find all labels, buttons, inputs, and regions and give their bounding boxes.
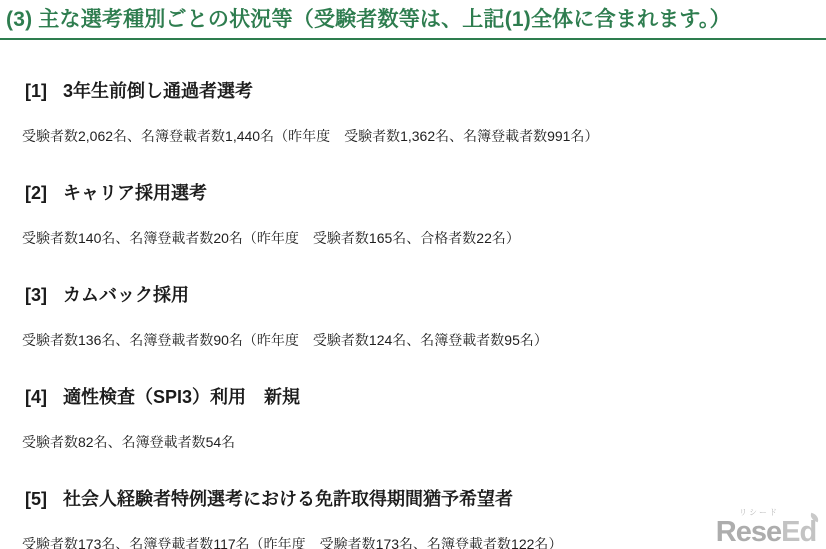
section-1-title-text: 3年生前倒し通過者選考 [63, 81, 253, 101]
section-5-title: [5]社会人経験者特例選考における免許取得期間猶予希望者 [25, 488, 801, 511]
section-5: [5]社会人経験者特例選考における免許取得期間猶予希望者 受験者数173名、名簿… [25, 488, 801, 549]
section-1-detail: 受験者数2,062名、名簿登載者数1,440名（昨年度 受験者数1,362名、名… [22, 127, 801, 146]
section-3: [3]カムバック採用 受験者数136名、名簿登載者数90名（昨年度 受験者数12… [25, 284, 801, 350]
section-1-index: [1] [25, 81, 47, 101]
content: [1]3年生前倒し通過者選考 受験者数2,062名、名簿登載者数1,440名（昨… [0, 80, 826, 549]
reseed-logo-ed: Ed [781, 516, 816, 548]
section-4-detail: 受験者数82名、名簿登載者数54名 [22, 433, 801, 452]
section-5-title-text: 社会人経験者特例選考における免許取得期間猶予希望者 [63, 489, 513, 509]
section-3-index: [3] [25, 285, 47, 305]
section-4: [4]適性検査（SPI3）利用 新規 受験者数82名、名簿登載者数54名 [25, 386, 801, 452]
reseed-logo-rese: Rese [716, 516, 781, 548]
section-4-title: [4]適性検査（SPI3）利用 新規 [25, 386, 801, 409]
section-3-detail: 受験者数136名、名簿登載者数90名（昨年度 受験者数124名、名簿登載者数95… [22, 331, 801, 350]
section-4-title-text: 適性検査（SPI3）利用 新規 [63, 387, 300, 407]
section-4-index: [4] [25, 387, 47, 407]
page-header: (3) 主な選考種別ごとの状況等（受験者数等は、上記(1)全体に含まれます。） [0, 0, 826, 40]
section-3-title-text: カムバック採用 [63, 285, 189, 305]
section-2: [2]キャリア採用選考 受験者数140名、名簿登載者数20名（昨年度 受験者数1… [25, 182, 801, 248]
page-title: (3) 主な選考種別ごとの状況等（受験者数等は、上記(1)全体に含まれます。） [6, 7, 818, 32]
section-5-detail: 受験者数173名、名簿登載者数117名（昨年度 受験者数173名、名簿登載者数1… [22, 535, 801, 549]
section-1-title: [1]3年生前倒し通過者選考 [25, 80, 801, 103]
section-2-title: [2]キャリア採用選考 [25, 182, 801, 205]
section-1: [1]3年生前倒し通過者選考 受験者数2,062名、名簿登載者数1,440名（昨… [25, 80, 801, 146]
section-3-title: [3]カムバック採用 [25, 284, 801, 307]
section-2-title-text: キャリア採用選考 [63, 183, 207, 203]
section-2-index: [2] [25, 183, 47, 203]
page: (3) 主な選考種別ごとの状況等（受験者数等は、上記(1)全体に含まれます。） … [0, 0, 826, 549]
reseed-logo: リシード ReseEd [710, 509, 822, 547]
reseed-logo-text: ReseEd [716, 518, 816, 547]
section-5-index: [5] [25, 489, 47, 509]
section-2-detail: 受験者数140名、名簿登載者数20名（昨年度 受験者数165名、合格者数22名） [22, 229, 801, 248]
